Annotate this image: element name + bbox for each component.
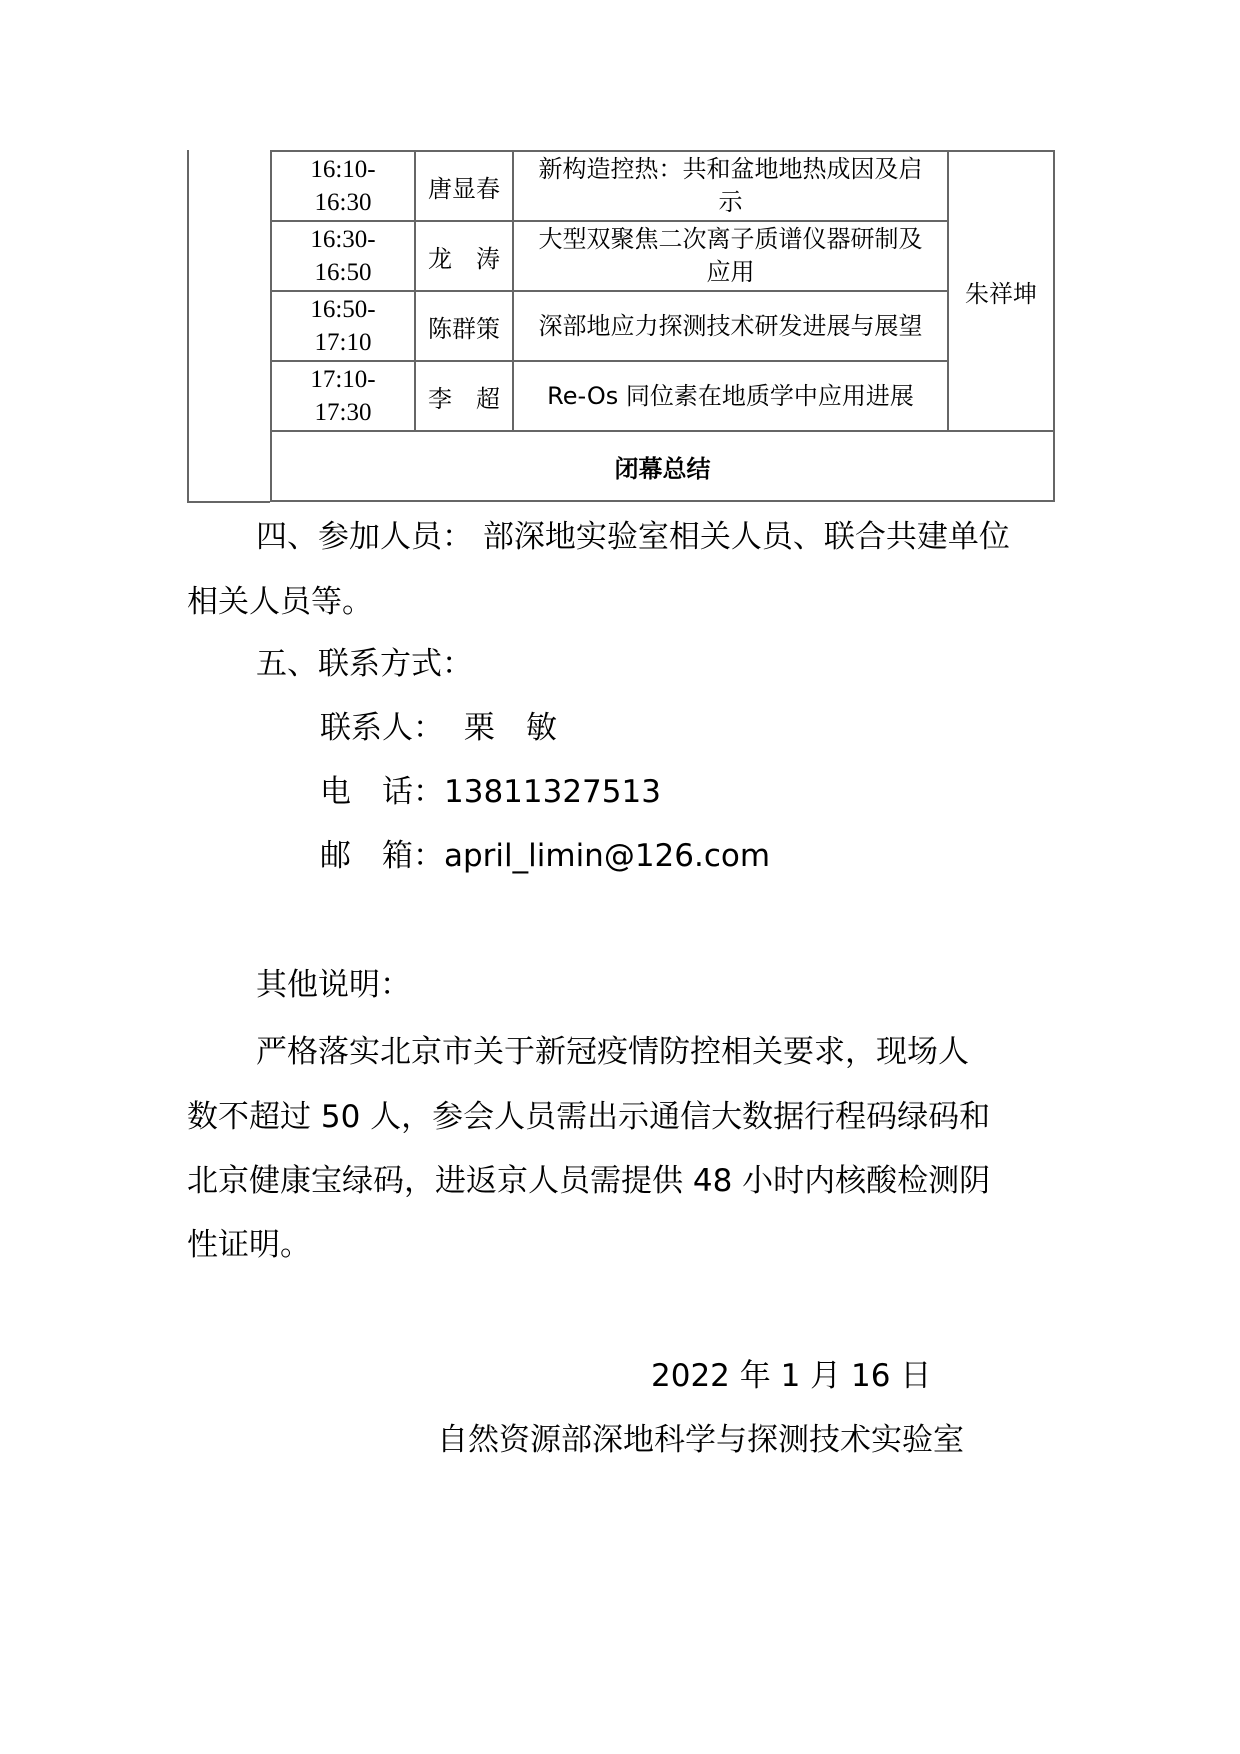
table-outer-column xyxy=(187,150,270,503)
time-cell: 16:10- 16:30 xyxy=(271,151,415,221)
speaker-cell: 陈群策 xyxy=(415,291,513,361)
speaker-cell: 李 超 xyxy=(415,361,513,431)
phone-row: 电 话：13811327513 xyxy=(320,772,661,812)
document-page: 16:10- 16:30 唐显春 新构造控热：共和盆地地热成因及启示 朱祥坤 1… xyxy=(0,0,1240,1754)
table-row: 16:10- 16:30 唐显春 新构造控热：共和盆地地热成因及启示 朱祥坤 xyxy=(271,151,1054,221)
notes-heading: 其他说明： xyxy=(256,965,411,1005)
time-cell: 17:10- 17:30 xyxy=(271,361,415,431)
section5-heading: 五、联系方式： xyxy=(256,644,473,684)
phone-label: 电 话： xyxy=(320,774,444,810)
speaker-cell: 龙 涛 xyxy=(415,221,513,291)
topic-cell: 新构造控热：共和盆地地热成因及启示 xyxy=(513,151,948,221)
host-cell: 朱祥坤 xyxy=(948,151,1054,431)
signature-org: 自然资源部深地科学与探测技术实验室 xyxy=(437,1420,964,1460)
schedule-table: 16:10- 16:30 唐显春 新构造控热：共和盆地地热成因及启示 朱祥坤 1… xyxy=(270,150,1055,502)
time-cell: 16:50- 17:10 xyxy=(271,291,415,361)
time-start: 16:10- xyxy=(272,153,414,186)
time-start: 16:30- xyxy=(272,223,414,256)
phone-value: 13811327513 xyxy=(444,774,661,810)
time-end: 16:50 xyxy=(272,256,414,289)
table-row: 16:50- 17:10 陈群策 深部地应力探测技术研发进展与展望 xyxy=(271,291,1054,361)
topic-cell: 大型双聚焦二次离子质谱仪器研制及应用 xyxy=(513,221,948,291)
notes-line: 北京健康宝绿码，进返京人员需提供 48 小时内核酸检测阴 xyxy=(187,1161,990,1201)
table-row: 16:30- 16:50 龙 涛 大型双聚焦二次离子质谱仪器研制及应用 xyxy=(271,221,1054,291)
topic-cell: Re-Os 同位素在地质学中应用进展 xyxy=(513,361,948,431)
time-end: 17:30 xyxy=(272,396,414,429)
notes-line: 数不超过 50 人，参会人员需出示通信大数据行程码绿码和 xyxy=(187,1097,990,1137)
section4-line1: 四、参加人员： 部深地实验室相关人员、联合共建单位 xyxy=(256,517,1010,557)
speaker-cell: 唐显春 xyxy=(415,151,513,221)
section4-line2: 相关人员等。 xyxy=(187,582,373,622)
email-label: 邮 箱： xyxy=(320,838,444,874)
time-start: 16:50- xyxy=(272,293,414,326)
time-end: 17:10 xyxy=(272,326,414,359)
signature-date: 2022 年 1 月 16 日 xyxy=(651,1356,931,1396)
closing-row: 闭幕总结 xyxy=(271,431,1054,501)
time-cell: 16:30- 16:50 xyxy=(271,221,415,291)
contact-label: 联系人： xyxy=(320,710,444,746)
contact-person-row: 联系人： 栗 敏 xyxy=(320,708,557,748)
notes-line: 性证明。 xyxy=(187,1225,311,1265)
closing-cell: 闭幕总结 xyxy=(271,431,1054,501)
notes-line: 严格落实北京市关于新冠疫情防控相关要求，现场人 xyxy=(256,1032,969,1072)
table-row: 17:10- 17:30 李 超 Re-Os 同位素在地质学中应用进展 xyxy=(271,361,1054,431)
email-value[interactable]: april_limin@126.com xyxy=(444,838,770,874)
time-end: 16:30 xyxy=(272,186,414,219)
time-start: 17:10- xyxy=(272,363,414,396)
email-row: 邮 箱：april_limin@126.com xyxy=(320,836,770,876)
topic-cell: 深部地应力探测技术研发进展与展望 xyxy=(513,291,948,361)
contact-value: 栗 敏 xyxy=(464,710,557,746)
